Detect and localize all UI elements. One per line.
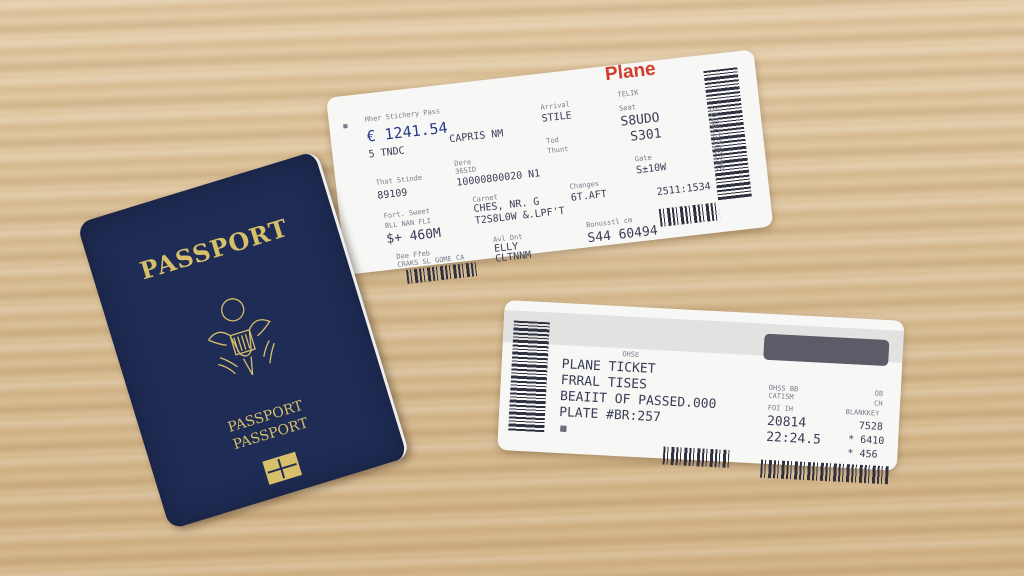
barcode [663,446,730,467]
capris: CAPRIS NM [449,128,504,145]
tod-value: Thunt [547,145,569,155]
boarding-pass-bottom: OHSE PLANE TICKET FRRAL TISES BEAIIT OF … [497,300,904,471]
brand-logo: Plane [604,59,657,87]
side-barcode [508,320,550,432]
right-value-3: * 456 [847,448,878,461]
price: € 1241.54 [366,119,449,146]
gate-label: Gate [634,154,652,164]
col3-label: TELIK [617,89,639,99]
boarding-pass-top: ■ Hher Stichery Pass € 1241.54 5 TNDC CA… [326,49,773,275]
col3-value-2: S301 [630,126,663,144]
right-label-3: BLANKKEY [845,408,879,418]
lock-icon: ■ [343,122,348,130]
small-top: OHSE [622,350,639,359]
date-sub: 36SID [455,165,477,175]
mid-value-1: 20814 [767,414,807,431]
barcode [659,202,721,227]
mid-label-2: CATISM [768,392,794,401]
mid-label-3: FOI IH [768,404,794,413]
col3-sub: Seat [619,103,637,113]
biometric-chip-icon [262,452,302,485]
tod-label: Tod [546,136,559,145]
right-label-2: CH [874,399,883,407]
right-value-2: * 6410 [848,434,885,447]
arrival-value: STILE [541,110,572,124]
passport-title: PASSPORT [91,199,337,299]
right-label-1: OB [874,389,883,397]
dark-panel [763,334,889,367]
changes-value: 6T.AFT [570,189,607,204]
code-value: 2511:1534 [656,181,711,198]
gate-value: S±10W [636,162,667,176]
that-value: 89109 [377,187,408,201]
line-1: 5 TNDC [368,145,405,160]
that-label: That Stinde [375,174,422,187]
qr-icon: ▦ [560,423,567,434]
eagle-seal-icon [189,281,292,390]
barcode [760,460,889,485]
right-value-1: 7528 [859,421,884,433]
mid-value-2: 22:24.5 [766,430,822,448]
